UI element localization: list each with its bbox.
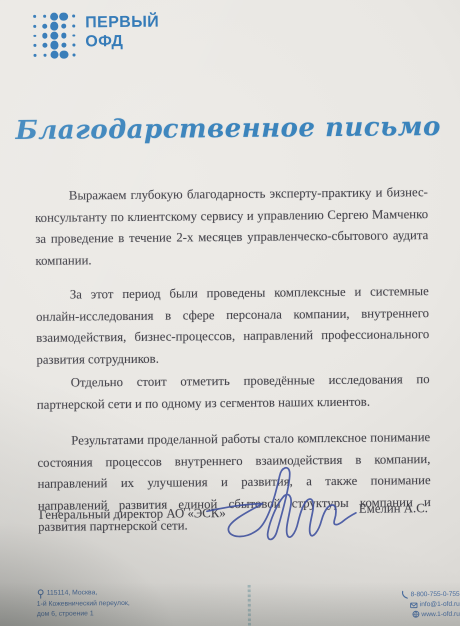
phone-icon <box>401 590 409 599</box>
email-address: info@1-ofd.ru <box>420 601 460 608</box>
logo-dot <box>42 43 48 49</box>
address-line: 115114, Москва, <box>47 588 98 599</box>
footer-contacts: 8-800-755-0-755 info@1-ofd.ru <box>401 590 460 620</box>
email-icon <box>410 601 418 609</box>
company-name-line2: ОФД <box>85 32 159 51</box>
logo-dot <box>34 15 37 18</box>
paragraph-2: За этот период были проведены комплексны… <box>36 281 430 371</box>
phone-number: 8-800-755-0-755 <box>411 591 460 598</box>
logo-dot <box>72 53 75 56</box>
contact-email: info@1-ofd.ru <box>401 600 460 609</box>
logo-dot <box>34 34 37 37</box>
logo-dot <box>43 15 46 18</box>
contact-website: www.1-ofd.ru <box>401 610 460 619</box>
logo-dot <box>72 24 75 27</box>
logo-dot <box>50 41 59 50</box>
letter-sheet: ПЕРВЫЙ ОФД Благодарственное письмо Выраж… <box>0 0 460 626</box>
logo-dot <box>60 50 69 59</box>
signatory-role: Генеральный директор АО «ЭСК» <box>39 506 226 523</box>
company-name: ПЕРВЫЙ ОФД <box>85 10 159 60</box>
logo-dot <box>61 42 67 48</box>
company-name-line1: ПЕРВЫЙ <box>85 14 159 33</box>
logo-dot <box>42 33 48 39</box>
contact-phone: 8-800-755-0-755 <box>401 590 460 600</box>
logo-dot <box>50 22 59 31</box>
logo-dot <box>50 51 59 60</box>
handwritten-signature <box>203 463 358 548</box>
logo-dot <box>61 33 67 39</box>
paragraph-1: Выражаем глубокую благодарность эксперту… <box>35 182 429 272</box>
logo-dot <box>43 54 46 57</box>
globe-icon <box>411 610 419 618</box>
signatory-name: Емелин А.С. <box>359 501 428 517</box>
letter-photo: ПЕРВЫЙ ОФД Благодарственное письмо Выраж… <box>0 0 460 626</box>
logo-dot <box>72 15 75 18</box>
logo-dots-icon <box>30 10 78 59</box>
logo-dot <box>72 44 75 47</box>
logo-dot <box>50 12 59 21</box>
logo-dot <box>61 23 67 29</box>
address-line: 1-й Кожевнический переулок, <box>37 598 130 609</box>
location-pin-icon <box>37 589 45 599</box>
footer-divider <box>248 585 251 626</box>
logo-dot <box>50 31 59 40</box>
website-url: www.1-ofd.ru <box>421 610 460 617</box>
logo-dot <box>59 12 68 21</box>
logo-dot <box>34 25 37 28</box>
logo-dot <box>34 44 37 47</box>
company-logo: ПЕРВЫЙ ОФД <box>30 10 159 60</box>
logo-dot <box>42 23 48 29</box>
logo-dot <box>72 34 75 37</box>
letter-title: Благодарственное письмо <box>0 112 458 146</box>
logo-dot <box>34 54 37 57</box>
address-line: дом 6, строение 1 <box>37 609 130 620</box>
paragraph-3: Отдельно стоит отметить проведённые иссл… <box>37 369 430 416</box>
footer-address: 115114, Москва, 1-й Кожевнический переул… <box>37 588 130 620</box>
